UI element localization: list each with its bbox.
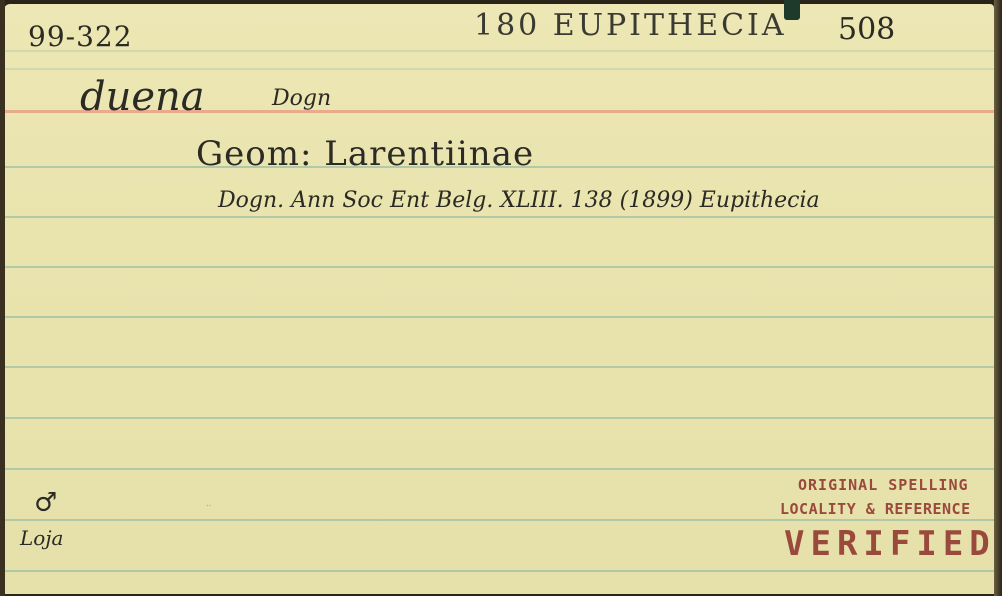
- ink-smudge: ⸱⸱: [206, 498, 211, 512]
- species-author: Dogn: [272, 86, 331, 111]
- accession-number: 99-322: [28, 20, 133, 53]
- page-number: 508: [838, 12, 895, 47]
- card-left-edge: [0, 0, 5, 596]
- ruled-line: [4, 570, 994, 572]
- citation: Dogn. Ann Soc Ent Belg. XLIII. 138 (1899…: [218, 188, 820, 213]
- ruled-line: [4, 366, 994, 368]
- ruled-line: [4, 68, 994, 70]
- genus-heading: 180 EUPITHECIA: [474, 8, 787, 43]
- ruled-line: [4, 50, 994, 52]
- ruled-line: [4, 519, 994, 521]
- ruled-line: [4, 316, 994, 318]
- locality: Loja: [20, 526, 63, 550]
- ruled-line: [4, 266, 994, 268]
- male-symbol-icon: ♂: [34, 488, 57, 518]
- stamp-verified: VERIFIED.: [784, 524, 1002, 564]
- ruled-line: [4, 216, 994, 218]
- ruled-line: [4, 468, 994, 470]
- stamp-line-locality-reference: LOCALITY & REFERENCE: [780, 500, 971, 518]
- species-name: duena: [80, 74, 205, 120]
- ruled-line: [4, 417, 994, 419]
- family-subfamily: Geom: Larentiinae: [196, 134, 534, 174]
- stamp-line-original-spelling: ORIGINAL SPELLING: [798, 476, 969, 494]
- card-right-edge: [994, 0, 1002, 596]
